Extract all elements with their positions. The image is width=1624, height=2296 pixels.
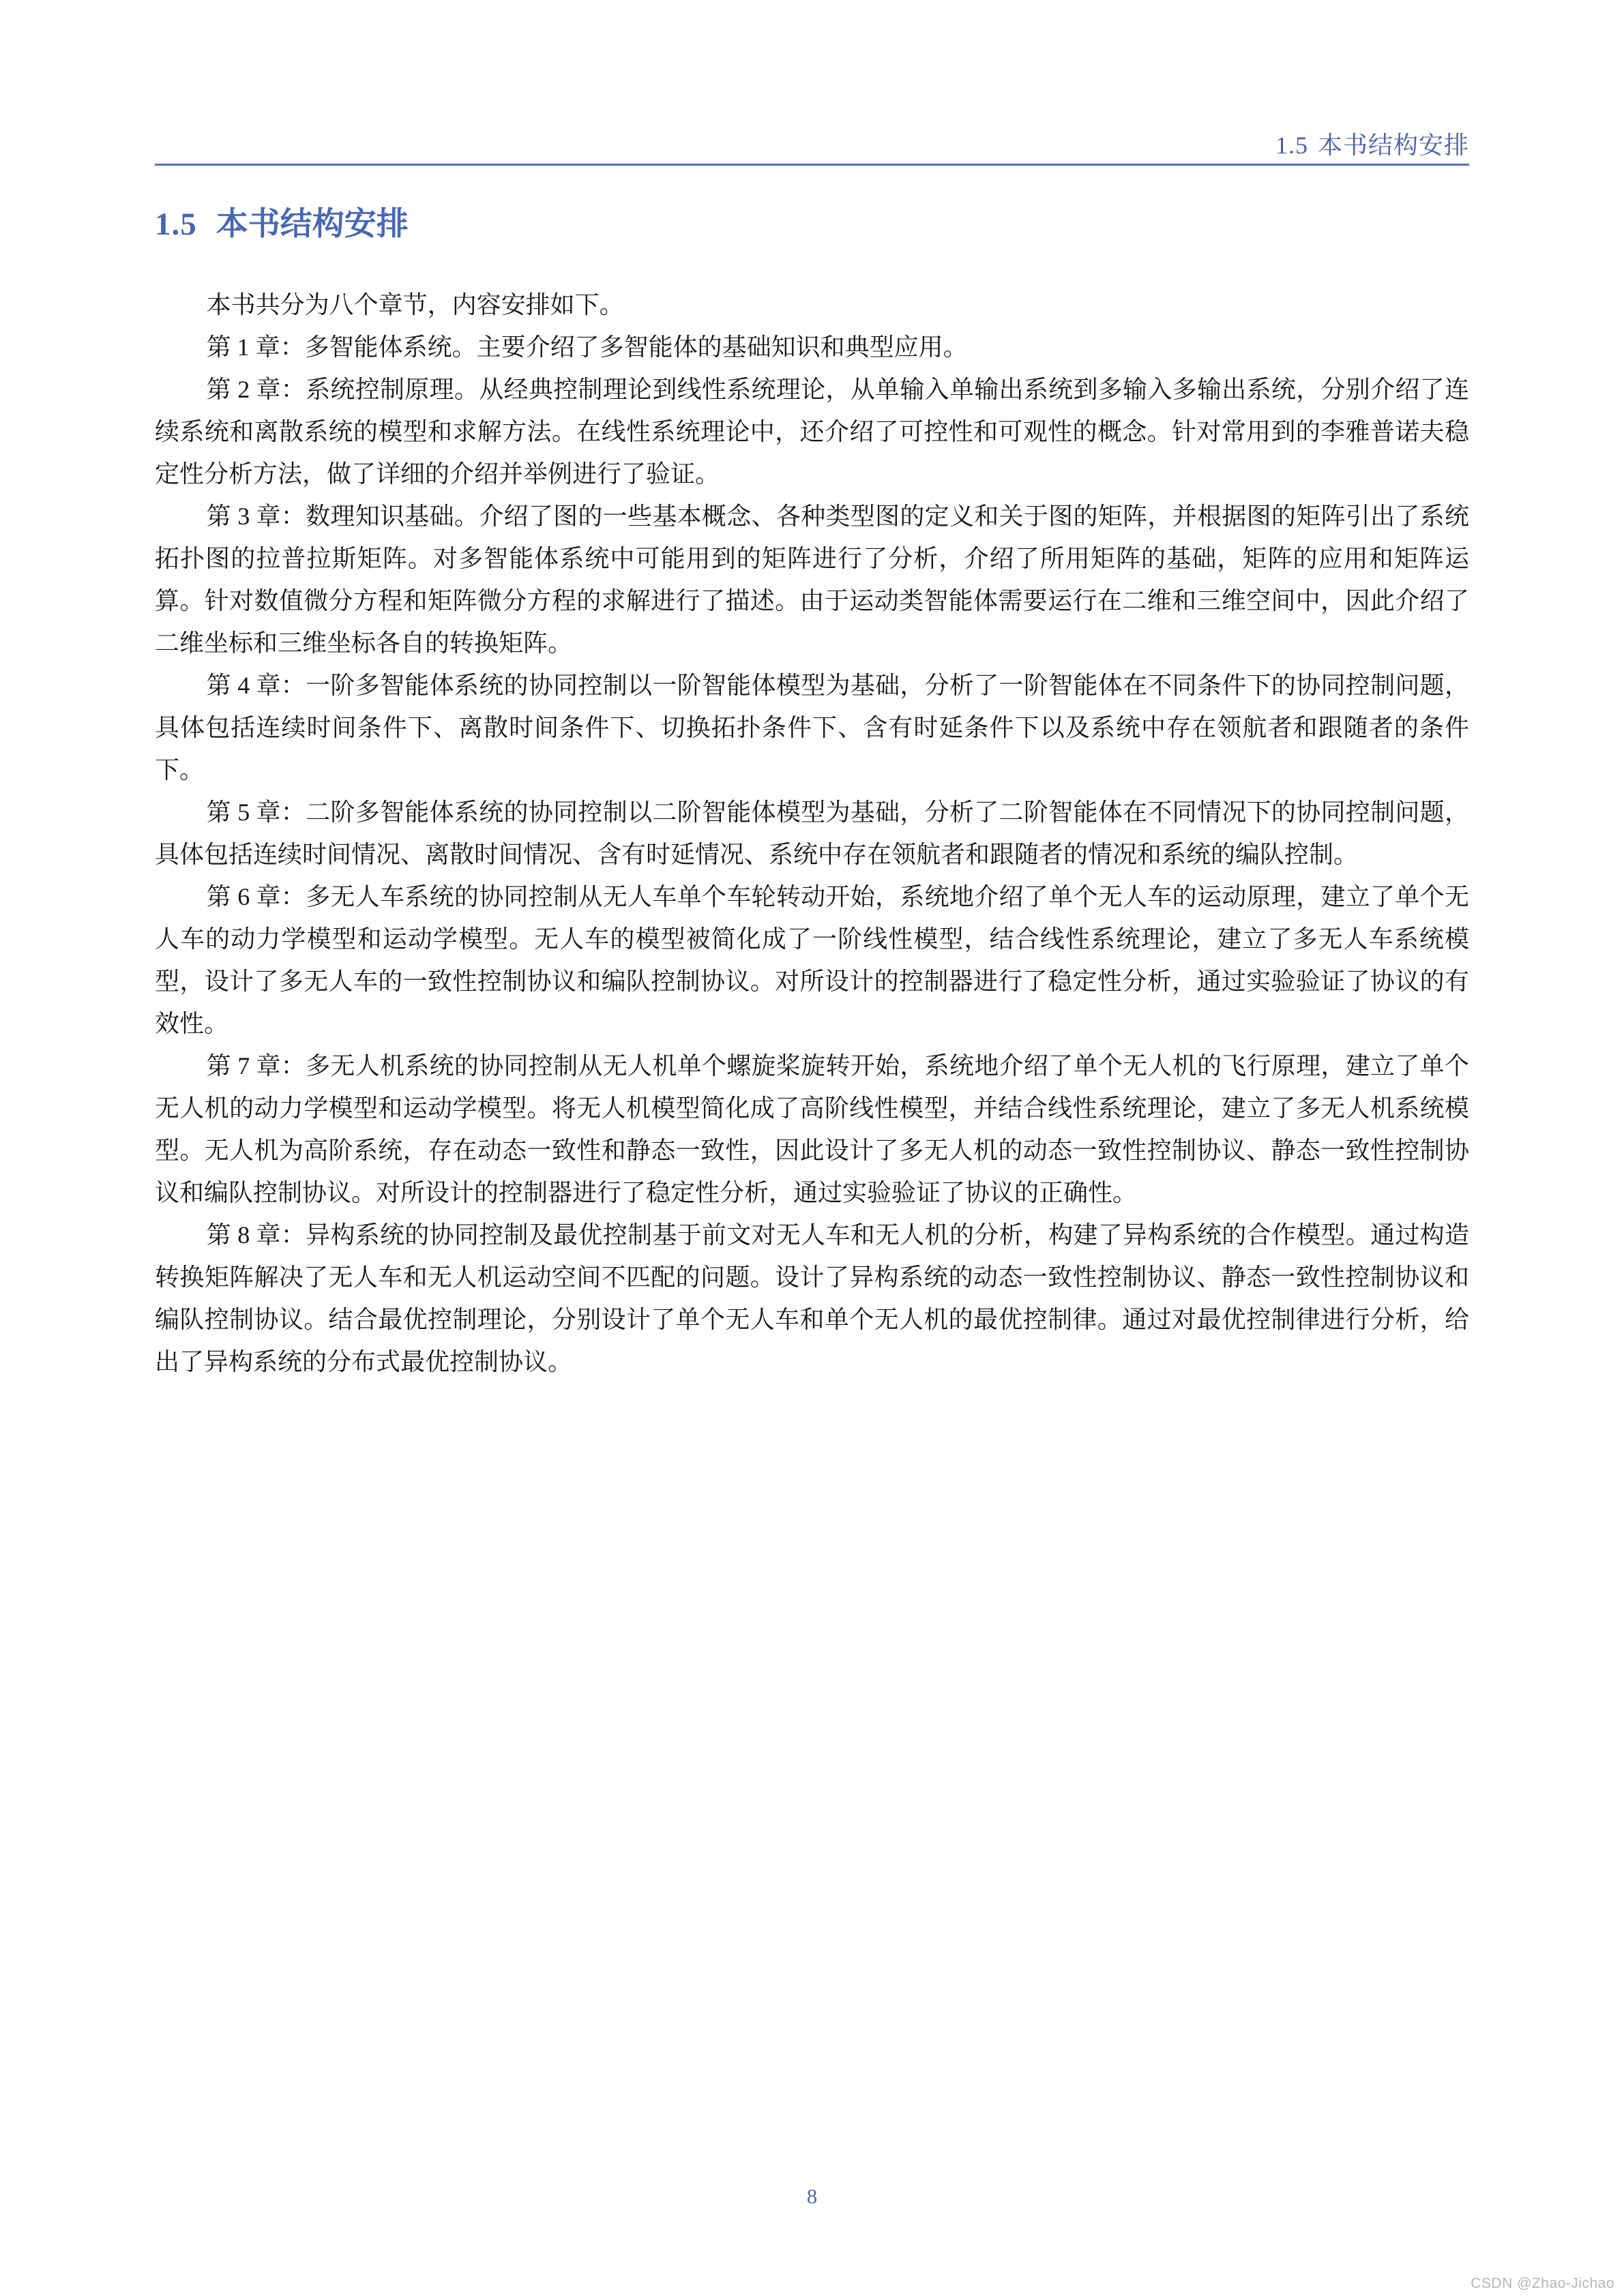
header-rule <box>155 164 1469 166</box>
paragraph-chapter-6: 第 6 章：多无人车系统的协同控制从无人车单个车轮转动开始，系统地介绍了单个无人… <box>155 876 1469 1045</box>
paragraph-chapter-4: 第 4 章：一阶多智能体系统的协同控制以一阶智能体模型为基础，分析了一阶智能体在… <box>155 664 1469 791</box>
watermark: CSDN @Zhao-Jichao <box>1471 2276 1614 2292</box>
paragraph-chapter-3: 第 3 章：数理知识基础。介绍了图的一些基本概念、各种类型图的定义和关于图的矩阵… <box>155 495 1469 664</box>
page-number: 8 <box>155 2184 1469 2209</box>
running-head-section-title: 本书结构安排 <box>1318 132 1469 159</box>
running-head-section-number: 1.5 <box>1275 132 1308 159</box>
paragraph-chapter-7: 第 7 章：多无人机系统的协同控制从无人机单个螺旋桨旋转开始，系统地介绍了单个无… <box>155 1045 1469 1214</box>
paragraph-intro: 本书共分为八个章节，内容安排如下。 <box>155 284 1469 326</box>
running-head: 1.5本书结构安排 <box>155 130 1469 161</box>
section-heading-number: 1.5 <box>155 207 197 242</box>
paragraph-chapter-8: 第 8 章：异构系统的协同控制及最优控制基于前文对无人车和无人机的分析，构建了异… <box>155 1214 1469 1383</box>
section-heading: 1.5本书结构安排 <box>155 199 409 250</box>
paragraph-chapter-1: 第 1 章：多智能体系统。主要介绍了多智能体的基础知识和典型应用。 <box>155 326 1469 368</box>
body-text: 本书共分为八个章节，内容安排如下。 第 1 章：多智能体系统。主要介绍了多智能体… <box>155 284 1469 1383</box>
document-page: 1.5本书结构安排 1.5本书结构安排 本书共分为八个章节，内容安排如下。 第 … <box>0 0 1624 2296</box>
paragraph-chapter-5: 第 5 章：二阶多智能体系统的协同控制以二阶智能体模型为基础，分析了二阶智能体在… <box>155 791 1469 876</box>
section-heading-title: 本书结构安排 <box>216 207 409 242</box>
paragraph-chapter-2: 第 2 章：系统控制原理。从经典控制理论到线性系统理论，从单输入单输出系统到多输… <box>155 368 1469 495</box>
